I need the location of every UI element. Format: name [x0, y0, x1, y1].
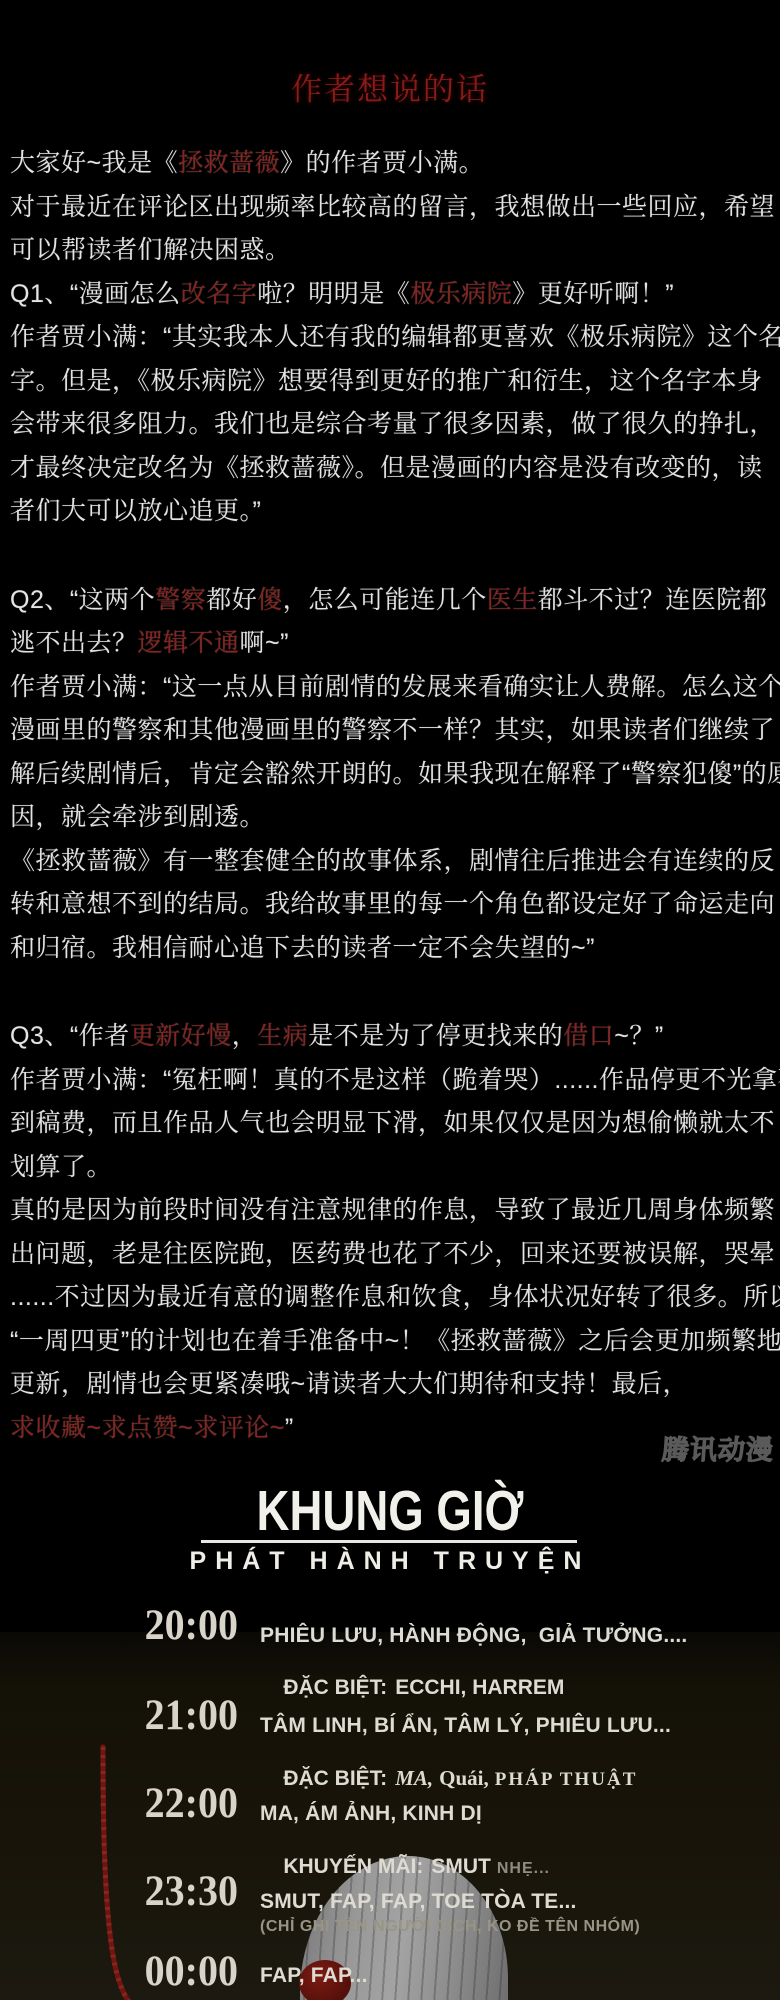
note-text: ......不过因为最近有意的调整作息和饮食，身体状况好转了很多。所以	[10, 1283, 780, 1311]
note-text: 才最终决定改名为《拯救蔷薇》。但是漫画的内容是没有改变的，读	[10, 454, 763, 482]
note-line: 漫画里的警察和其他漫画里的警察不一样？其实，如果读者们继续了	[10, 709, 776, 753]
note-text: 都斗不过？连医院都	[538, 586, 768, 614]
special-label: ĐẶC BIỆT:	[283, 1767, 387, 1790]
note-text: Q2、“这两个	[10, 586, 155, 614]
red-highlight-text: 逻辑不通	[138, 629, 240, 657]
note-text: 大家好~我是《	[10, 149, 178, 177]
note-line: 因，就会牵涉到剧透。	[10, 796, 776, 840]
special-value: SMUT	[431, 1855, 491, 1878]
note-line: 大家好~我是《拯救蔷薇》的作者贾小满。	[10, 142, 776, 186]
red-highlight-text: 改名字	[181, 280, 258, 308]
note-text: 啊~”	[240, 629, 289, 657]
note-line: 作者贾小满：“其实我本人还有我的编辑都更喜欢《极乐病院》这个名	[10, 316, 776, 360]
schedule-genres: FAP, FAP...	[260, 1964, 368, 1988]
heading-underline	[201, 1540, 577, 1543]
note-text: 转和意想不到的结局。我给故事里的每一个角色都设定好了命运走向	[10, 890, 775, 918]
tencent-comics-watermark: 腾讯动漫	[661, 1428, 776, 1467]
note-text: 对于最近在评论区出现频率比较高的留言，我想做出一些回应，希望	[10, 193, 775, 221]
schedule-genres: MA, ÁM ẢNH, KINH DỊ	[260, 1802, 482, 1826]
note-line: 真的是因为前段时间没有注意规律的作息，导致了最近几周身体频繁	[10, 1189, 776, 1233]
note-text: 作者贾小满：“这一点从目前剧情的发展来看确实让人费解。怎么这个	[10, 673, 780, 701]
schedule-time: 21:00	[118, 1693, 238, 1736]
schedule-time: 20:00	[118, 1603, 238, 1646]
note-text: 漫画里的警察和其他漫画里的警察不一样？其实，如果读者们继续了	[10, 716, 775, 744]
note-text: 字。但是，《极乐病院》想要得到更好的推广和衍生，这个名字本身	[10, 367, 763, 395]
note-line: 作者贾小满：“冤枉啊！真的不是这样（跪着哭）......作品停更不光拿不	[10, 1059, 776, 1103]
note-text: ，怎么可能连几个	[283, 586, 487, 614]
schedule-subheading: PHÁT HÀNH TRUYỆN	[0, 1547, 780, 1576]
red-highlight-text: 借口	[563, 1022, 614, 1050]
note-text: 出问题，老是往医院跑，医药费也花了不少，回来还要被误解，哭晕	[10, 1240, 775, 1268]
note-text: 真的是因为前段时间没有注意规律的作息，导致了最近几周身体频繁	[10, 1196, 775, 1224]
note-line: 和归宿。我相信耐心追下去的读者一定不会失望的~”	[10, 927, 776, 971]
special-label: KHUYẾN MÃI:	[283, 1855, 423, 1878]
red-highlight-text: 警察	[155, 586, 206, 614]
note-line: 出问题，老是往医院跑，医药费也花了不少，回来还要被误解，哭晕	[10, 1233, 776, 1277]
note-text: 因，就会牵涉到剧透。	[10, 803, 265, 831]
note-text: Q3、“作者	[10, 1022, 130, 1050]
comic-author-note-page: 作者想说的话 大家好~我是《拯救蔷薇》的作者贾小满。对于最近在评论区出现频率比较…	[0, 0, 780, 2000]
note-line: 会带来很多阻力。我们也是综合考量了很多因素，做了很久的挣扎，	[10, 403, 776, 447]
note-line: 划算了。	[10, 1146, 776, 1190]
note-text: 者们大可以放心追更。”	[10, 497, 261, 525]
special-value: Quái,	[439, 1766, 489, 1790]
note-line: 《拯救蔷薇》有一整套健全的故事体系，剧情往后推进会有连续的反	[10, 840, 776, 884]
schedule-time: 00:00	[118, 1949, 238, 1992]
note-line: 更新，剧情也会更紧凑哦~请读者大大们期待和支持！最后，	[10, 1363, 776, 1407]
schedule-time: 23:30	[118, 1869, 238, 1912]
special-value: ECCHI, HARREM	[395, 1676, 564, 1699]
note-line: Q3、“作者更新好慢，生病是不是为了停更找来的借口~？”	[10, 1015, 776, 1059]
paragraph-gap	[10, 970, 776, 1015]
note-text: “一周四更”的计划也在着手准备中~！《拯救蔷薇》之后会更加频繁地	[10, 1327, 780, 1355]
note-text: ”	[285, 1414, 294, 1442]
note-text: 和归宿。我相信耐心追下去的读者一定不会失望的~”	[10, 934, 595, 962]
special-note: NHẸ...	[497, 1860, 550, 1877]
special-label: ĐẶC BIỆT:	[283, 1676, 387, 1699]
schedule-note: (CHỈ GHI TÊN NGƯỜI DỊCH, KO ĐỀ TÊN NHÓM)	[260, 1918, 640, 1936]
note-line: 求收藏~求点赞~求评论~”	[10, 1407, 776, 1451]
red-highlight-text: 极乐病院	[410, 280, 512, 308]
note-text: 更新，剧情也会更紧凑哦~请读者大大们期待和支持！最后，	[10, 1370, 688, 1398]
note-text: Q1、“漫画怎么	[10, 280, 181, 308]
note-line: 可以帮读者们解决困惑。	[10, 229, 776, 273]
note-text: 《拯救蔷薇》有一整套健全的故事体系，剧情往后推进会有连续的反	[10, 847, 775, 875]
note-line: 才最终决定改名为《拯救蔷薇》。但是漫画的内容是没有改变的，读	[10, 447, 776, 491]
note-line: 逃不出去？逻辑不通啊~”	[10, 622, 776, 666]
note-text: 都好	[206, 586, 257, 614]
note-line: 作者贾小满：“这一点从目前剧情的发展来看确实让人费解。怎么这个	[10, 666, 776, 710]
schedule-heading: KHUNG GIỜ	[78, 1478, 702, 1544]
red-highlight-text: 生病	[257, 1022, 308, 1050]
note-text: 逃不出去？	[10, 629, 138, 657]
note-text: 作者贾小满：“冤枉啊！真的不是这样（跪着哭）......作品停更不光拿不	[10, 1066, 780, 1094]
schedule-genres: PHIÊU LƯU, HÀNH ĐỘNG, GIẢ TƯỞNG....	[260, 1624, 687, 1648]
note-text: 可以帮读者们解决困惑。	[10, 236, 291, 264]
paragraph-gap	[10, 534, 776, 579]
note-text: 是不是为了停更找来的	[308, 1022, 563, 1050]
note-text: ，	[232, 1022, 258, 1050]
author-note-body: 大家好~我是《拯救蔷薇》的作者贾小满。对于最近在评论区出现频率比较高的留言，我想…	[10, 142, 776, 1450]
note-line: 到稿费，而且作品人气也会明显下滑，如果仅仅是因为想偷懒就太不	[10, 1102, 776, 1146]
note-text: 啦？明明是《	[257, 280, 410, 308]
special-value: MA,	[395, 1766, 433, 1790]
note-line: 者们大可以放心追更。”	[10, 490, 776, 534]
note-line: Q1、“漫画怎么改名字啦？明明是《极乐病院》更好听啊！”	[10, 273, 776, 317]
note-text: ~？”	[614, 1022, 663, 1050]
red-highlight-text: 更新好慢	[130, 1022, 232, 1050]
schedule-time: 22:00	[118, 1781, 238, 1824]
note-text: 划算了。	[10, 1153, 112, 1181]
note-text: 》更好听啊！”	[512, 280, 674, 308]
note-line: 转和意想不到的结局。我给故事里的每一个角色都设定好了命运走向	[10, 883, 776, 927]
note-line: “一周四更”的计划也在着手准备中~！《拯救蔷薇》之后会更加频繁地	[10, 1320, 776, 1364]
red-highlight-text: 医生	[487, 586, 538, 614]
note-text: 》的作者贾小满。	[280, 149, 484, 177]
page-title: 作者想说的话	[0, 64, 780, 109]
note-line: 解后续剧情后，肯定会豁然开朗的。如果我现在解释了“警察犯傻”的原	[10, 753, 776, 797]
note-line: Q2、“这两个警察都好傻，怎么可能连几个医生都斗不过？连医院都	[10, 579, 776, 623]
note-line: 字。但是，《极乐病院》想要得到更好的推广和衍生，这个名字本身	[10, 360, 776, 404]
schedule-genres: TÂM LINH, BÍ ẨN, TÂM LÝ, PHIÊU LƯU...	[260, 1714, 671, 1738]
red-highlight-text: 傻	[257, 586, 283, 614]
note-line: 对于最近在评论区出现频率比较高的留言，我想做出一些回应，希望	[10, 186, 776, 230]
note-text: 会带来很多阻力。我们也是综合考量了很多因素，做了很久的挣扎，	[10, 410, 775, 438]
red-highlight-text: 求收藏~求点赞~求评论~	[10, 1414, 285, 1442]
note-text: 解后续剧情后，肯定会豁然开朗的。如果我现在解释了“警察犯傻”的原	[10, 760, 780, 788]
note-text: 到稿费，而且作品人气也会明显下滑，如果仅仅是因为想偷懒就太不	[10, 1109, 775, 1137]
special-value: PHÁP THUẬT	[495, 1769, 638, 1790]
note-text: 作者贾小满：“其实我本人还有我的编辑都更喜欢《极乐病院》这个名	[10, 323, 780, 351]
note-line: ......不过因为最近有意的调整作息和饮食，身体状况好转了很多。所以	[10, 1276, 776, 1320]
red-highlight-text: 拯救蔷薇	[178, 149, 280, 177]
schedule-genres: SMUT, FAP, FAP, TOE TÒA TE...	[260, 1890, 577, 1914]
